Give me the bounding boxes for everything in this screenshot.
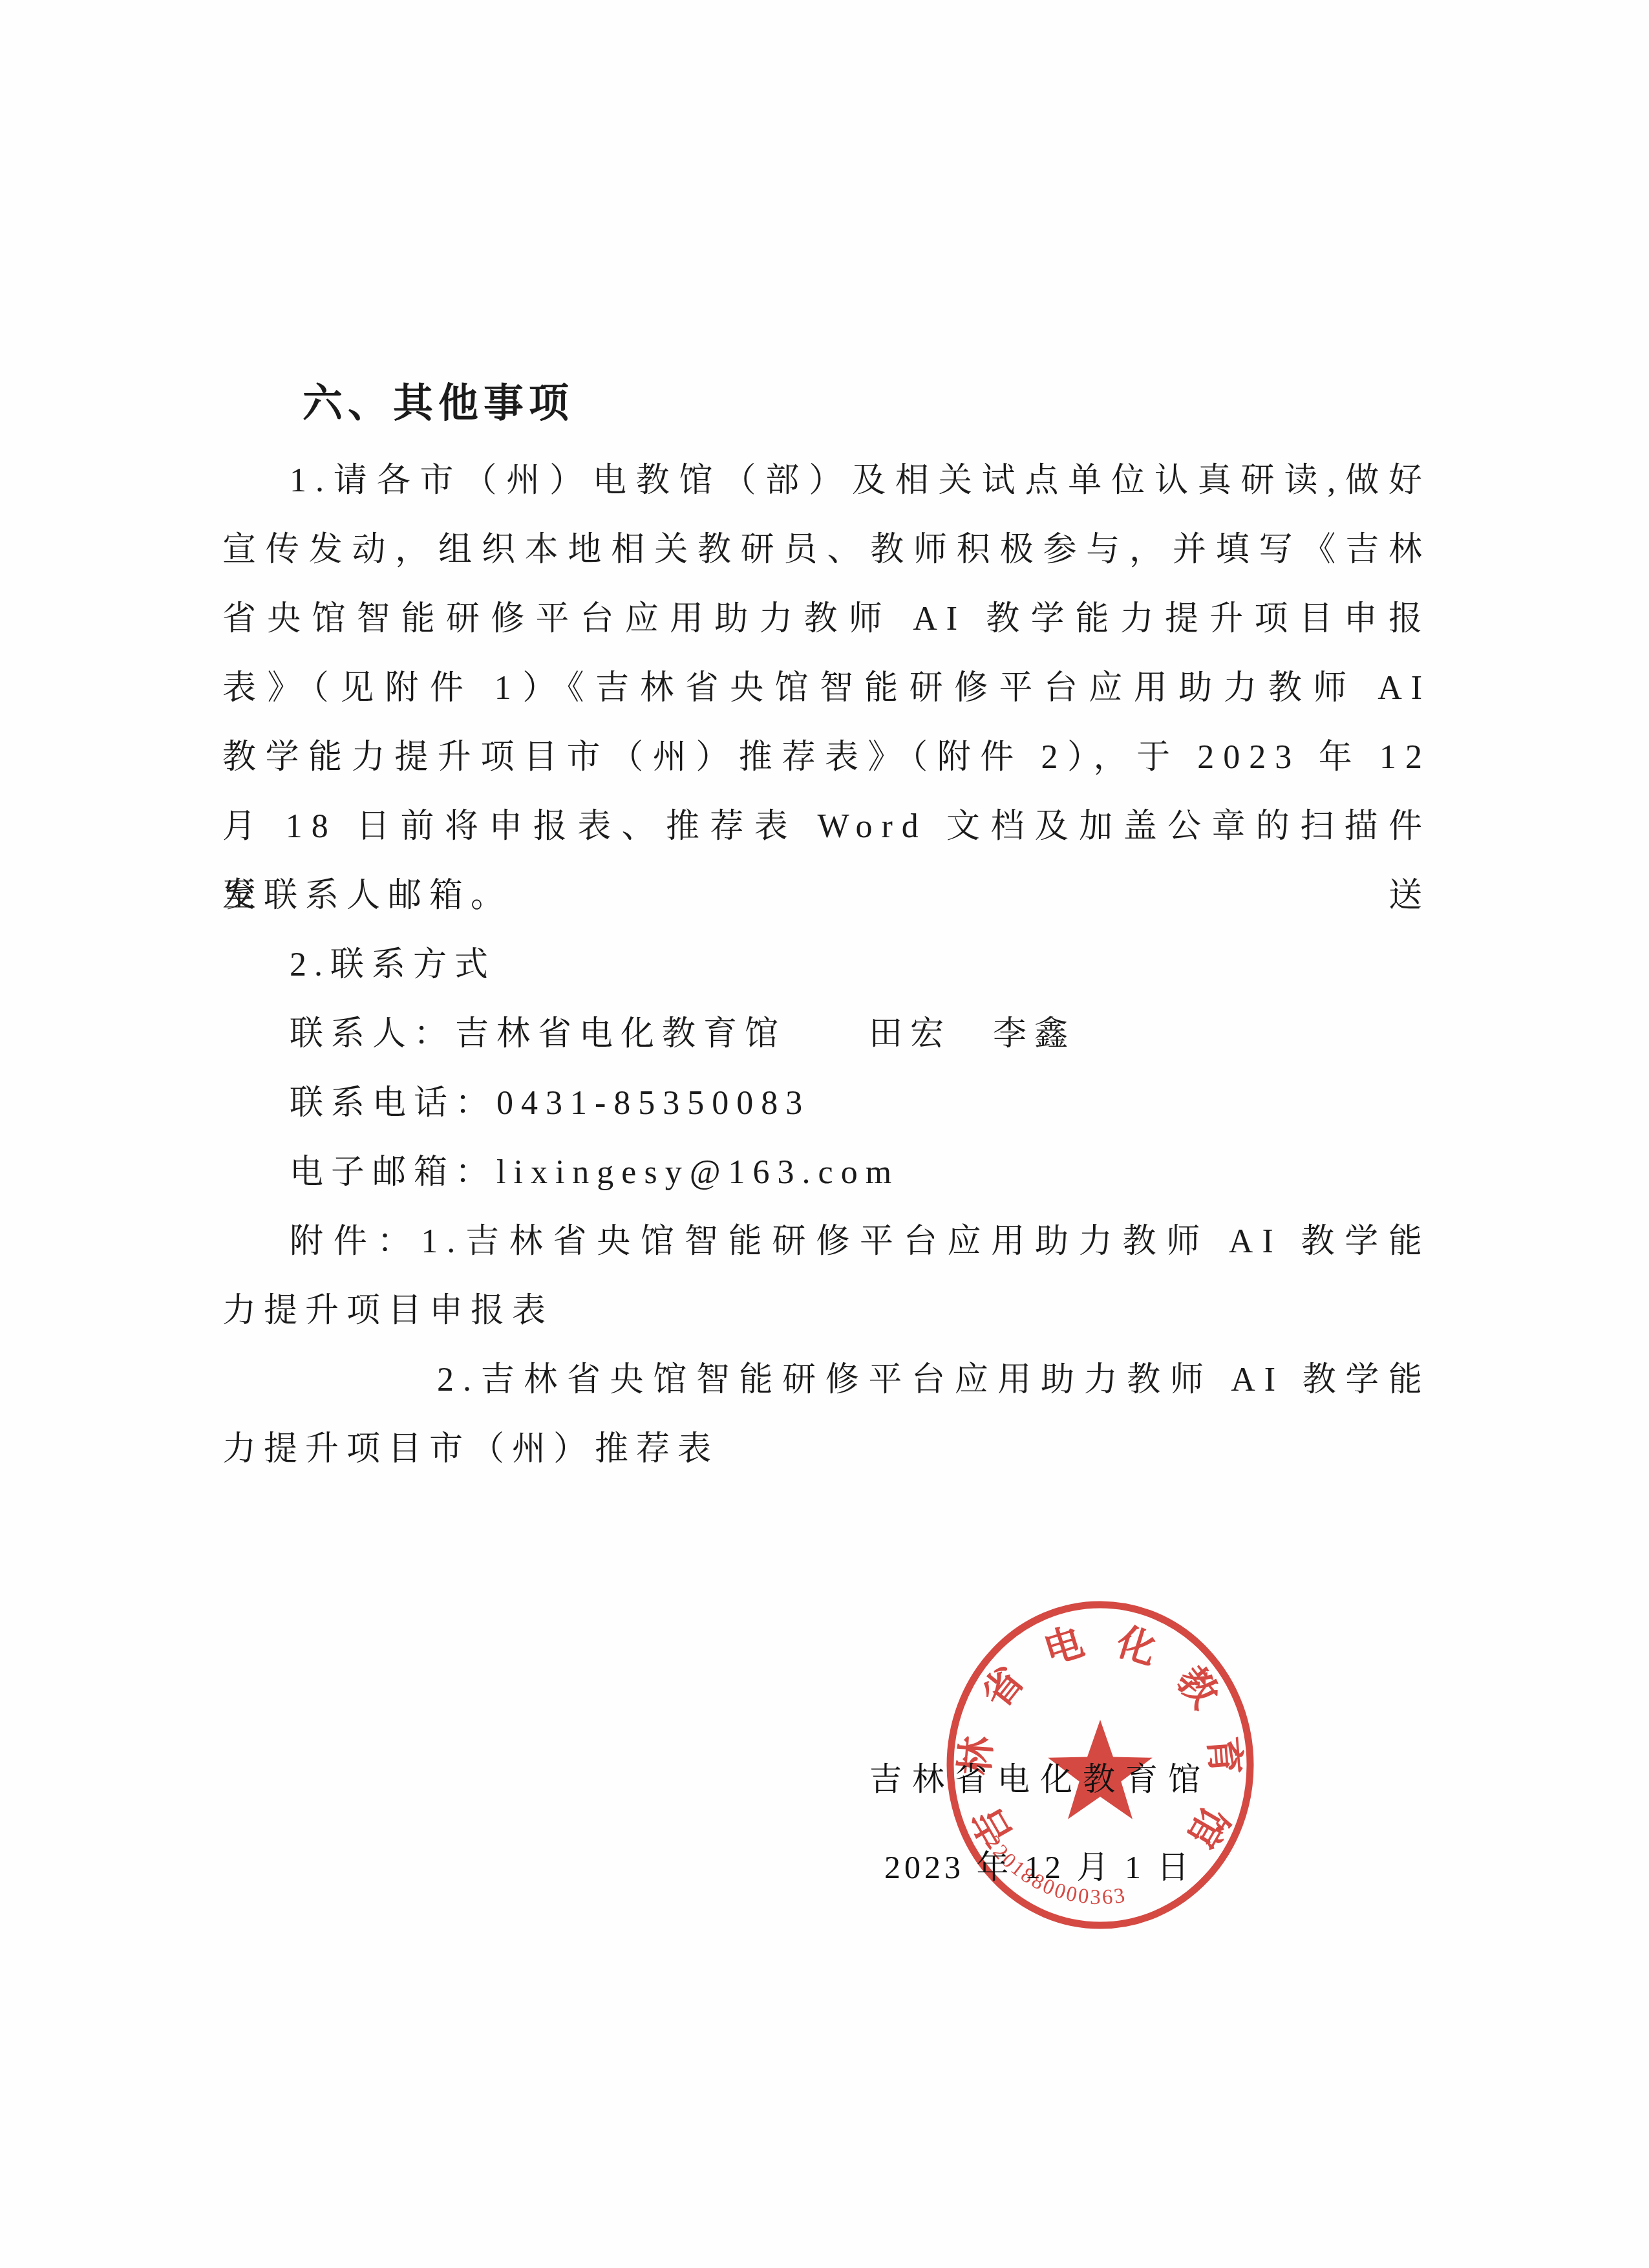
document-line: 表》（见附件 1）《吉林省央馆智能研修平台应用助力教师 AI — [222, 654, 1431, 723]
signature-date: 2023 年 12 月 1 日 — [884, 1841, 1193, 1888]
attachment-line: 力提升项目市（州）推荐表 — [222, 1415, 1431, 1484]
document-line: 教学能力提升项目市（州）推荐表》（附件 2），于 2023 年 12 — [222, 723, 1431, 792]
contact-phone-line: 联系电话：0431-85350083 — [222, 1069, 1431, 1138]
document-line: 宣传发动，组织本地相关教研员、教师积极参与，并填写《吉林 — [222, 515, 1431, 584]
section-heading: 六、其他事项 — [222, 362, 1431, 446]
contact-email-line: 电子邮箱：lixingesy@163.com — [222, 1138, 1431, 1207]
document-line: 1.请各市（州）电教馆（部）及相关试点单位认真研读,做好 — [222, 446, 1431, 515]
signature-org: 吉林省电化教育馆 — [869, 1753, 1211, 1800]
document-line: 2.联系方式 — [222, 930, 1431, 1000]
contact-person-line: 联系人：吉林省电化教育馆 田宏 李鑫 — [222, 1000, 1431, 1069]
attachment-line: 力提升项目申报表 — [222, 1276, 1431, 1345]
seal-org-char: 电 — [1039, 1620, 1089, 1673]
document-body: 六、其他事项 1.请各市（州）电教馆（部）及相关试点单位认真研读,做好 宣传发动… — [222, 362, 1431, 1484]
scanned-document-page: { "page": { "background": "#fefefe", "te… — [0, 0, 1649, 2268]
seal-org-char: 化 — [1111, 1620, 1162, 1673]
document-line: 月 18 日前将申报表、推荐表 Word 文档及加盖公章的扫描件发送 — [222, 792, 1431, 861]
attachment-line: 附件：1.吉林省央馆智能研修平台应用助力教师 AI 教学能 — [222, 1207, 1431, 1276]
attachment-line: 2.吉林省央馆智能研修平台应用助力教师 AI 教学能 — [222, 1345, 1431, 1415]
document-line: 省央馆智能研修平台应用助力教师 AI 教学能力提升项目申报 — [222, 584, 1431, 654]
